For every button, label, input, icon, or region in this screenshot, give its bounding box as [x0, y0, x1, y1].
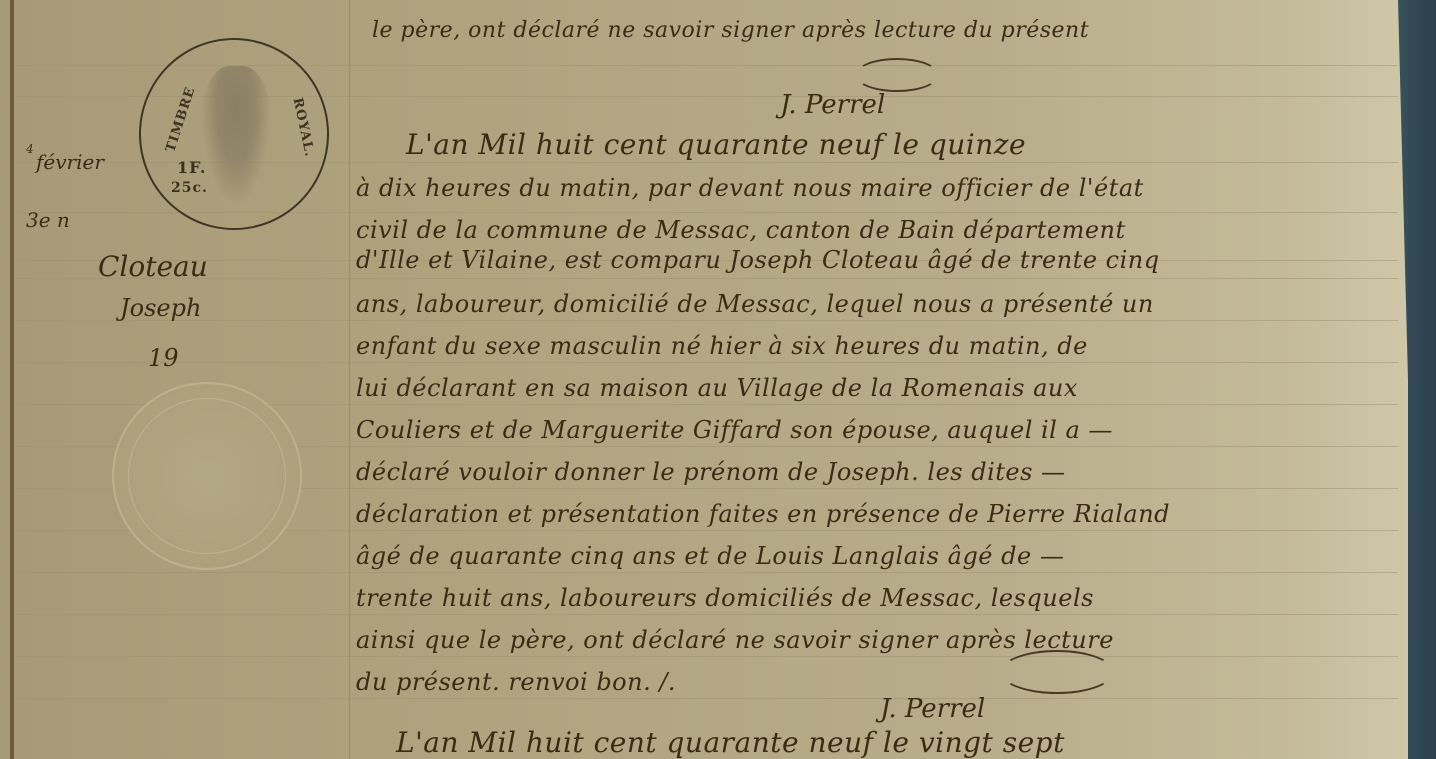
body-line-3: à dix heures du matin, par devant nous m…: [356, 174, 1144, 202]
stamp-left-text: TIMBRE: [163, 85, 198, 154]
embossed-seal: [112, 382, 302, 570]
body-line-15: du présent. renvoi bon. /.: [356, 668, 676, 696]
ruled-line: [14, 278, 1398, 279]
body-line-10: déclaré vouloir donner le prénom de Jose…: [356, 458, 1066, 486]
binding-line: [10, 0, 14, 759]
body-line-16: L'an Mil huit cent quarante neuf le ving…: [396, 726, 1065, 759]
ruled-line: [14, 362, 1398, 363]
body-line-1: le père, ont déclaré ne savoir signer ap…: [372, 18, 1089, 43]
seated-justice-figure-icon: [201, 66, 271, 206]
stamp-value-centimes: 25c.: [171, 180, 208, 196]
margin-act-number: 19: [148, 344, 179, 372]
margin-entry-mark: 3e n: [26, 208, 70, 232]
body-line-9: Couliers et de Marguerite Giffard son ép…: [356, 416, 1113, 444]
body-line-11: déclaration et présentation faites en pr…: [356, 500, 1170, 528]
body-line-8: lui déclarant en sa maison au Village de…: [356, 374, 1078, 402]
signature-bottom: J. Perrel: [880, 694, 985, 724]
body-line-13: trente huit ans, laboureurs domiciliés d…: [356, 584, 1094, 612]
signature-flourish-top: [855, 58, 939, 92]
margin-given-name: Joseph: [120, 294, 201, 322]
ruled-line: [14, 698, 1398, 699]
body-line-12: âgé de quarante cinq ans et de Louis Lan…: [356, 542, 1064, 570]
body-line-14: ainsi que le père, ont déclaré ne savoir…: [356, 626, 1114, 654]
margin-surname: Cloteau: [98, 250, 208, 283]
signature-flourish-bottom: [1000, 650, 1114, 694]
stamp-right-text: ROYAL.: [289, 96, 316, 158]
ruled-line: [14, 656, 1398, 657]
margin-date: février: [36, 150, 104, 174]
margin-rule: [349, 0, 350, 759]
signature-top: J. Perrel: [780, 90, 885, 120]
body-line-5: d'Ille et Vilaine, est comparu Joseph Cl…: [356, 246, 1160, 274]
register-page: TIMBRE ROYAL. 1F. 25c. 4 février 3e n Cl…: [0, 0, 1408, 759]
body-line-2: L'an Mil huit cent quarante neuf le quin…: [406, 128, 1026, 161]
ruled-line: [14, 614, 1398, 615]
body-line-6: ans, laboureur, domicilié de Messac, leq…: [356, 290, 1154, 318]
body-line-7: enfant du sexe masculin né hier à six he…: [356, 332, 1088, 360]
royal-tax-stamp: TIMBRE ROYAL. 1F. 25c.: [139, 38, 329, 230]
margin-date-prefix: 4: [26, 142, 34, 156]
ruled-line: [14, 320, 1398, 321]
body-line-4: civil de la commune de Messac, canton de…: [356, 216, 1126, 244]
stamp-value-francs: 1F.: [177, 158, 206, 177]
ruled-line: [14, 572, 1398, 573]
